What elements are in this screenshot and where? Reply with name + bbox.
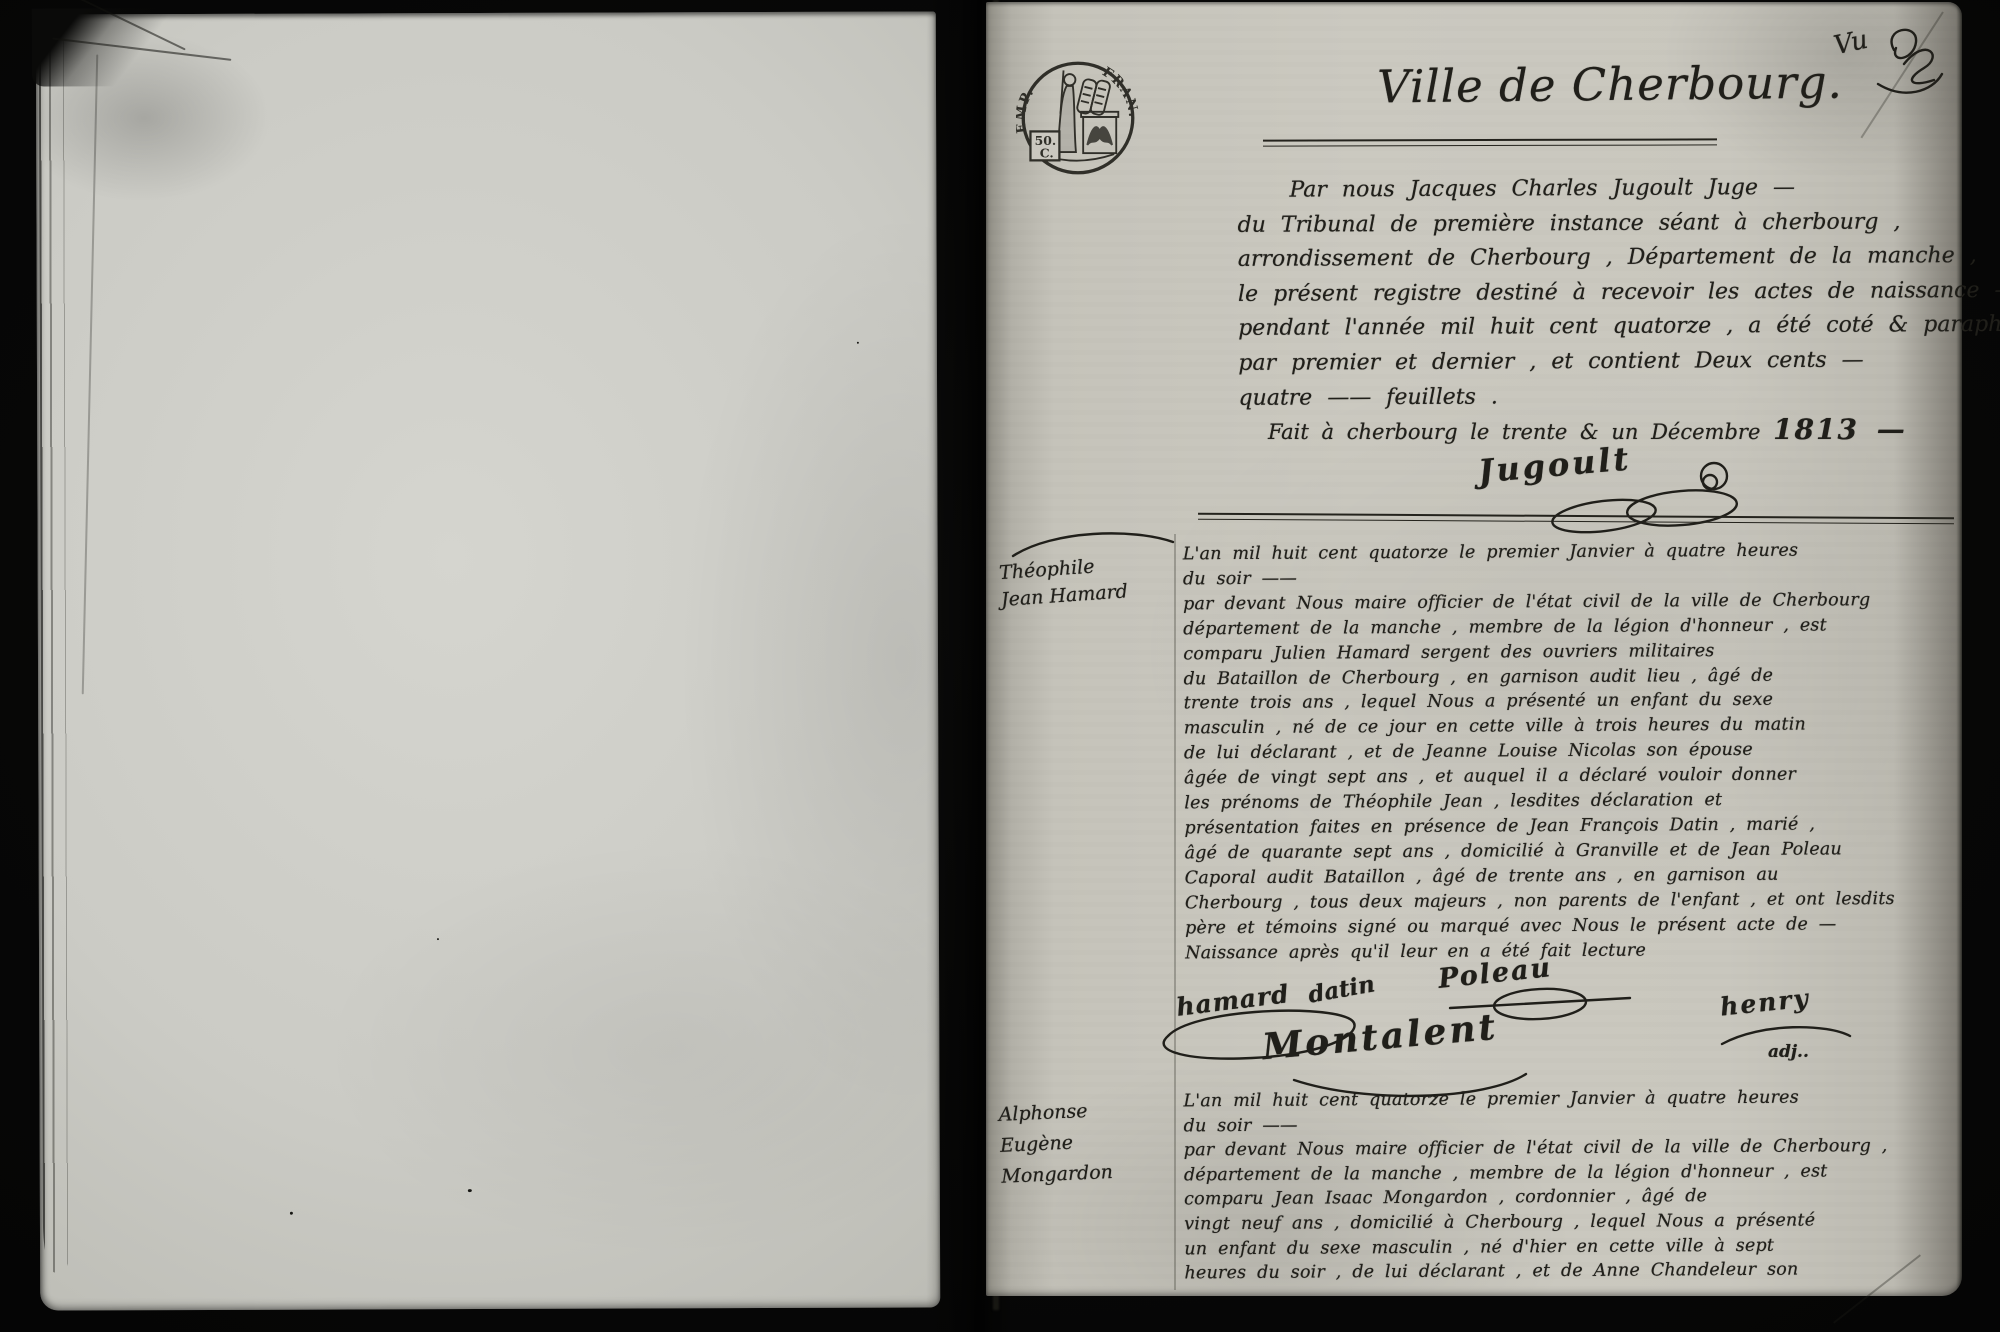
dateline: Fait à cherbourg le trente & un Décembre… — [1268, 413, 1907, 446]
ink-speck — [437, 938, 439, 940]
scanned-register-spread: EMP. FRAN. 50. — [0, 0, 2000, 1332]
act-line: par devant Nous maire officier de l'état… — [1184, 1134, 1948, 1163]
fold-crease — [82, 54, 99, 694]
act-line: heures du soir , de lui déclarant , et d… — [1184, 1257, 1948, 1286]
ink-speck — [857, 342, 859, 344]
stamp-text-fran: FRAN. — [1099, 64, 1140, 119]
header-rule — [1263, 138, 1717, 146]
act1-body: L'an mil huit cent quatorze le premier J… — [1183, 538, 1950, 966]
page-title: Ville de Cherbourg. — [1360, 55, 1861, 113]
stamp-value-box: 50. C. — [1030, 131, 1059, 160]
act2-margin-name: Alphonse Eugène Mongardon — [998, 1092, 1178, 1193]
preamble-line: quatre —— feuillets . — [1238, 378, 1956, 416]
paraph-monogram-icon — [1866, 22, 1956, 112]
act-line: par devant Nous maire officier de l'état… — [1183, 587, 1947, 617]
stamp-value-c: C. — [1040, 145, 1054, 160]
act-line: âgé de quarante sept ans , domicilié à G… — [1185, 837, 1949, 867]
margin-name-line: Mongardon — [1001, 1154, 1178, 1193]
stamp-text-emp: EMP. — [1016, 85, 1038, 135]
left-blank-page — [36, 11, 941, 1310]
preamble-line: du Tribunal de première instance séant à… — [1238, 205, 1956, 243]
act2-body: L'an mil huit cent quatorze le premier J… — [1183, 1085, 1948, 1286]
preamble-line: arrondissement de Cherbourg , Départemen… — [1238, 239, 1956, 277]
act1-margin-name: Théophile Jean Hamard — [998, 548, 1177, 614]
preamble-text: Par nous Jacques Charles Jugoult Juge — … — [1237, 170, 1956, 416]
ink-speck — [290, 1212, 293, 1215]
preamble-line: par premier et dernier , et contient Deu… — [1238, 343, 1956, 381]
preamble-line: Par nous Jacques Charles Jugoult Juge — — [1237, 170, 1955, 208]
preamble-line: le présent registre destiné à recevoir l… — [1238, 274, 1956, 312]
dateline-year: 1813 — — [1773, 413, 1907, 446]
dateline-text: Fait à cherbourg le trente & un Décembre — [1268, 420, 1760, 444]
ink-speck — [468, 1189, 472, 1192]
witness-signature-datin: datin — [1306, 970, 1377, 1008]
act-line: Naissance après qu'il leur en a été fait… — [1185, 936, 1949, 966]
right-register-page: EMP. FRAN. 50. — [986, 2, 1962, 1296]
act-line: père et témoins signé ou marqué avec Nou… — [1185, 911, 1949, 941]
adjoint-title: adj.. — [1768, 1042, 1809, 1062]
adjoint-signature-henry: henry — [1719, 983, 1812, 1021]
preamble-line: pendant l'année mil huit cent quatorze ,… — [1238, 308, 1956, 346]
empire-revenue-stamp: EMP. FRAN. 50. — [1016, 56, 1140, 180]
